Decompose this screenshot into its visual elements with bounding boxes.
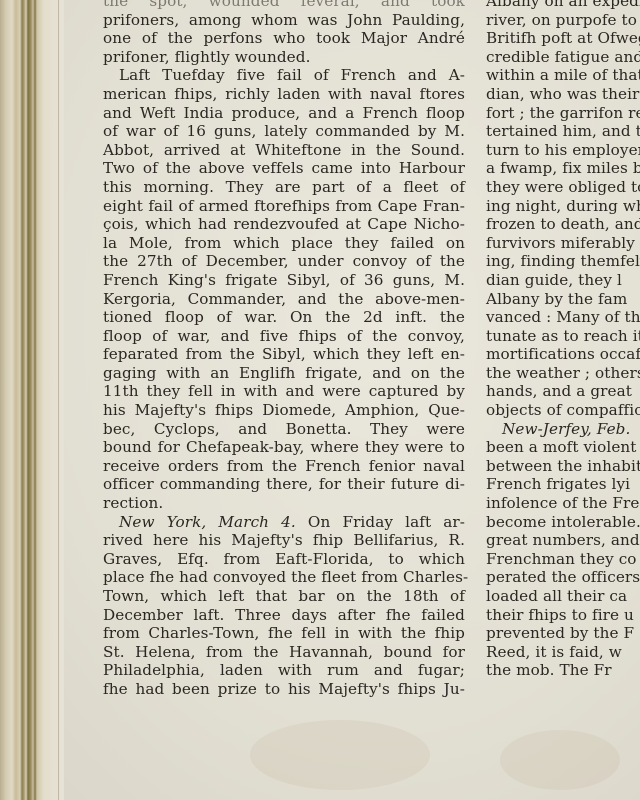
right-column: Albany on an expedi river, on purpofe to… <box>486 0 640 680</box>
text-line: frozen to death, and <box>486 215 640 234</box>
text-line: fort ; the garrifon rec <box>486 104 640 123</box>
text-line: infolence of the Fre <box>486 494 640 513</box>
dateline-date: March 4. <box>218 513 295 531</box>
text-line: Albany by the fam <box>486 290 640 309</box>
text-line: dian guide, they l <box>486 271 640 290</box>
text-line: Town, which left that bar on the 18th of <box>103 587 465 606</box>
newspaper-page: the spot, wounded feveral, and took prif… <box>0 0 640 800</box>
text-line: tioned floop of war. On the 2d inft. the <box>103 308 465 327</box>
text-line: Frenchman they co <box>486 550 640 569</box>
text-line: eight fail of armed ftorefhips from Cape… <box>103 197 465 216</box>
text-line: French King's frigate Sibyl, of 36 guns,… <box>103 271 465 290</box>
text-line: Graves, Efq. from Eaft-Florida, to which <box>103 550 465 569</box>
dateline-place: New-Jerfey, <box>502 420 592 438</box>
text-line: the 27th of December, under convoy of th… <box>103 252 465 271</box>
text-line: and Weft India produce, and a French flo… <box>103 104 465 123</box>
text-line: bound for Chefapeak-bay, where they were… <box>103 438 465 457</box>
paragraph-start: Laft Tuefday five fail of French and A- <box>103 66 465 85</box>
text-line: Albany on an expedi <box>486 0 640 11</box>
text-line: Kergoria, Commander, and the above-men- <box>103 290 465 309</box>
text-line: loaded all their ca <box>486 587 640 606</box>
text-line: French frigates lyi <box>486 475 640 494</box>
text-line: a fwamp, fix miles b <box>486 159 640 178</box>
text-line: ing night, during wh <box>486 197 640 216</box>
text-line: turn to his employers, <box>486 141 640 160</box>
text-line: tunate as to reach it, <box>486 327 640 346</box>
text-line: they were obliged to <box>486 178 640 197</box>
text-line: rived here his Majefty's fhip Bellifariu… <box>103 531 465 550</box>
text-line: this morning. They are part of a fleet o… <box>103 178 465 197</box>
text-line: within a mile of that <box>486 66 640 85</box>
text-line: perated the officers <box>486 568 640 587</box>
left-column: the spot, wounded feveral, and took prif… <box>103 0 465 699</box>
text-line: become intolerable. <box>486 513 640 532</box>
text-line: St. Helena, from the Havannah, bound for <box>103 643 465 662</box>
text-line: prevented by the F <box>486 624 640 643</box>
text-line: prifoner, flightly wounded. <box>103 48 465 67</box>
text-line: great numbers, and <box>486 531 640 550</box>
text-line: river, on purpofe to f <box>486 11 640 30</box>
text-line: their fhips to fire u <box>486 606 640 625</box>
dateline-place: New York, <box>119 513 206 531</box>
text-line: floop of war, and five fhips of the conv… <box>103 327 465 346</box>
text-line: merican fhips, richly laden with naval f… <box>103 85 465 104</box>
text-line: çois, which had rendezvoufed at Cape Nic… <box>103 215 465 234</box>
text-line: one of the perfons who took Major André <box>103 29 465 48</box>
text-line: la Mole, from which place they failed on <box>103 234 465 253</box>
text-line: the mob. The Fr <box>486 661 640 680</box>
text-line: prifoners, among whom was John Paulding, <box>103 11 465 30</box>
text-line: objects of compaffion <box>486 401 640 420</box>
dateline-date: Feb. <box>597 420 631 438</box>
text-line: the spot, wounded feveral, and took <box>103 0 465 11</box>
margin-rule <box>58 0 59 800</box>
text-line: the weather ; others <box>486 364 640 383</box>
text-line: officer commanding there, for their futu… <box>103 475 465 494</box>
text-line: from Charles-Town, fhe fell in with the … <box>103 624 465 643</box>
text-line: hands, and a great <box>486 382 640 401</box>
text-line: tertained him, and th <box>486 122 640 141</box>
text-line: feparated from the Sibyl, which they lef… <box>103 345 465 364</box>
text-line: his Majefty's fhips Diomede, Amphion, Qu… <box>103 401 465 420</box>
paper-stain <box>250 720 430 790</box>
dateline-paragraph: New York, March 4. On Friday laft ar- <box>103 513 465 532</box>
text-line: credible fatigue and <box>486 48 640 67</box>
text-line: Two of the above veffels came into Harbo… <box>103 159 465 178</box>
page-binding-gutter <box>0 0 64 800</box>
text-line: Abbot, arrived at Whiteftone in the Soun… <box>103 141 465 160</box>
text-line: been a moft violent <box>486 438 640 457</box>
text-line: fhe had been prize to his Majefty's fhip… <box>103 680 465 699</box>
text-line: Reed, it is faid, w <box>486 643 640 662</box>
text-line: furvivors miferably fu <box>486 234 640 253</box>
text-line: of war of 16 guns, lately commanded by M… <box>103 122 465 141</box>
text-line: mortifications occafi <box>486 345 640 364</box>
text-line: Britifh poft at Ofwego <box>486 29 640 48</box>
text-line: place fhe had convoyed the fleet from Ch… <box>103 568 465 587</box>
text-line: rection. <box>103 494 465 513</box>
dateline-paragraph: New-Jerfey, Feb. <box>486 420 640 439</box>
text-line: vanced : Many of th <box>486 308 640 327</box>
text-line: December laft. Three days after fhe fail… <box>103 606 465 625</box>
text-line: between the inhabita <box>486 457 640 476</box>
text-line: gaging with an Englifh frigate, and on t… <box>103 364 465 383</box>
text-line: Philadelphia, laden with rum and fugar; <box>103 661 465 680</box>
text-line: 11th they fell in with and were captured… <box>103 382 465 401</box>
text-line: receive orders from the French fenior na… <box>103 457 465 476</box>
paper-stain <box>500 730 620 790</box>
text-line: ing, finding themfelv <box>486 252 640 271</box>
text-line: dian, who was their g <box>486 85 640 104</box>
text-line: bec, Cyclops, and Bonetta. They were <box>103 420 465 439</box>
